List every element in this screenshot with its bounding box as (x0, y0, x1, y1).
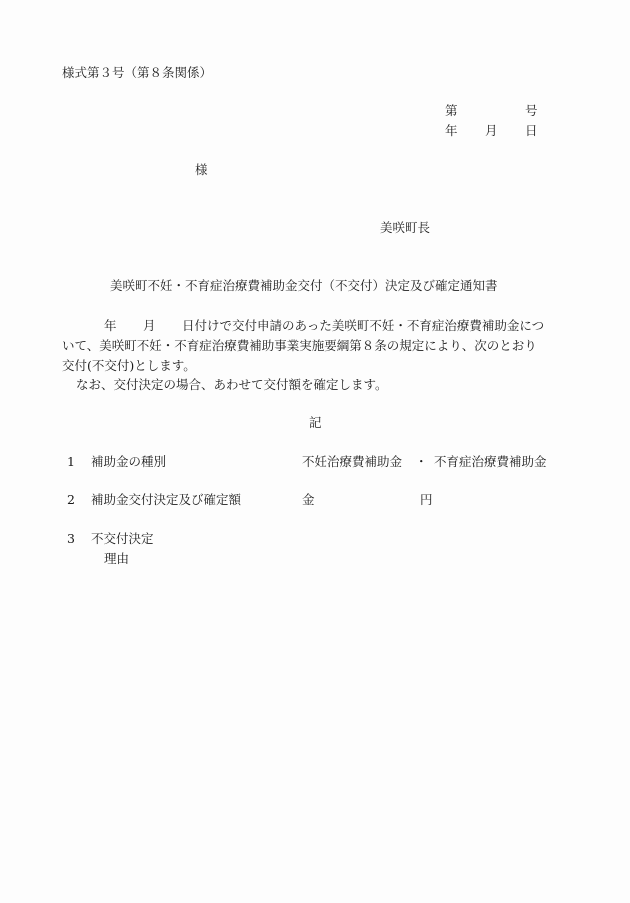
body-line3: 交付(不交付)とします。 (62, 360, 196, 373)
item-3-label: 不交付決定 (91, 533, 154, 546)
body-date-month: 月 (143, 320, 156, 333)
date-month: 月 (485, 125, 498, 138)
date-year: 年 (445, 125, 458, 138)
date-day: 日 (525, 125, 538, 138)
item-1-value-b: 不育症治療費補助金 (434, 456, 547, 469)
body-line1: 日付けで交付申請のあった美咲町不妊・不育症治療費補助金につ (182, 320, 544, 333)
document-title: 美咲町不妊・不育症治療費補助金交付（不交付）決定及び確定通知書 (110, 280, 498, 293)
body-date-year: 年 (104, 320, 117, 333)
body-line4: なお、交付決定の場合、あわせて交付額を確定します。 (76, 379, 388, 392)
item-1-value-a: 不妊治療費補助金 (302, 456, 402, 469)
item-1-separator: ・ (415, 456, 428, 469)
item-3-sub-label: 理由 (104, 553, 129, 566)
body-line2: いて、美咲町不妊・不育症治療費補助事業実施要綱第８条の規定により、次のとおり (62, 340, 537, 353)
number-prefix: 第 (445, 105, 458, 118)
addressee-suffix: 様 (195, 164, 208, 177)
item-2-num: 2 (67, 494, 75, 507)
number-suffix: 号 (525, 105, 538, 118)
item-3-num: 3 (67, 533, 75, 546)
item-1-num: 1 (67, 456, 75, 469)
item-1-label: 補助金の種別 (91, 456, 166, 469)
issuer: 美咲町長 (380, 222, 430, 235)
form-label: 様式第３号（第８条関係） (62, 67, 212, 80)
ki-heading: 記 (309, 417, 322, 430)
item-2-label: 補助金交付決定及び確定額 (91, 494, 241, 507)
item-2-unit: 円 (420, 494, 433, 507)
item-2-prefix: 金 (302, 494, 315, 507)
